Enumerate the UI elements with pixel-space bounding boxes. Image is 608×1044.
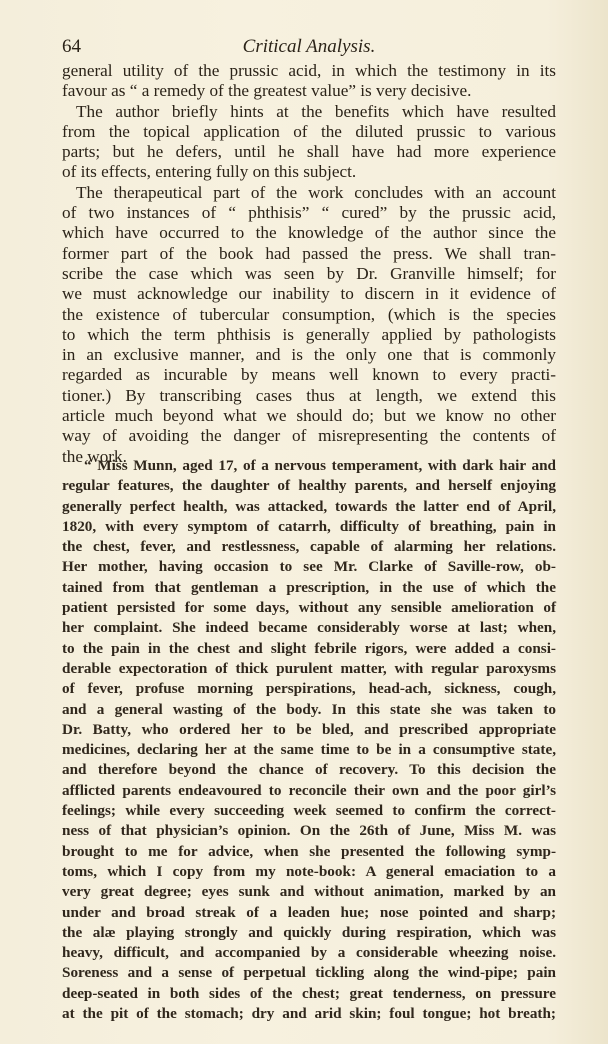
text-line: regular features, the daughter of health… [62,476,556,496]
case-quotation: “ Miss Munn, aged 17, of a nervous tempe… [62,456,556,1024]
text-line: feelings; while every succeeding week se… [62,801,556,821]
text-line: in an exclusive manner, and is the only … [62,345,556,365]
text-line: former part of the book had passed the p… [62,244,556,264]
text-line: Dr. Batty, who ordered her to be bled, a… [62,720,556,740]
text-line: very great degree; eyes sunk and without… [62,882,556,902]
text-line: medicines, declaring her at the same tim… [62,740,556,760]
text-line: Soreness and a sense of perpetual tickli… [62,963,556,983]
text-line: deep-seated in both sides of the chest; … [62,984,556,1004]
text-line: derable expectoration of thick purulent … [62,659,556,679]
text-line: tioner.) By transcribing cases thus at l… [62,386,556,406]
text-line: regarded as incurable by means well know… [62,365,556,385]
text-line: and therefore beyond the chance of recov… [62,760,556,780]
text-line: heavy, difficult, and accompanied by a c… [62,943,556,963]
text-line: of fever, profuse morning perspirations,… [62,679,556,699]
text-line: 1820, with every symptom of catarrh, dif… [62,517,556,537]
text-line: which have occurred to the knowledge of … [62,223,556,243]
text-line: her complaint. She indeed became conside… [62,618,556,638]
text-line: and a general wasting of the body. In th… [62,700,556,720]
text-line: “ Miss Munn, aged 17, of a nervous tempe… [62,456,556,476]
text-line: parts; but he defers, until he shall hav… [62,142,556,162]
running-title: Critical Analysis. [62,36,556,58]
text-line: under and broad streak of a leaden hue; … [62,903,556,923]
text-line: afflicted parents endeavoured to reconci… [62,781,556,801]
text-line: scribe the case which was seen by Dr. Gr… [62,264,556,284]
text-line: Her mother, having occasion to see Mr. C… [62,557,556,577]
text-line: we must acknowledge our inability to dis… [62,284,556,304]
text-line: generally perfect health, was attacked, … [62,497,556,517]
text-line: patient persisted for some days, without… [62,598,556,618]
review-text: general utility of the prussic acid, in … [62,61,556,467]
text-line: the alæ playing strongly and quickly dur… [62,923,556,943]
text-line: to which the term phthisis is generally … [62,325,556,345]
text-line: The author briefly hints at the benefits… [62,102,556,122]
text-line: tained from that gentleman a prescriptio… [62,578,556,598]
text-line: favour as “ a remedy of the greatest val… [62,81,556,101]
text-line: the existence of tubercular consumption,… [62,305,556,325]
text-line: at the pit of the stomach; dry and arid … [62,1004,556,1024]
text-line: general utility of the prussic acid, in … [62,61,556,81]
text-line: brought to me for advice, when she prese… [62,842,556,862]
page-header: 64 Critical Analysis. [62,36,556,62]
text-line: the chest, fever, and restlessness, capa… [62,537,556,557]
text-line: article much beyond what we should do; b… [62,406,556,426]
text-line: toms, which I copy from my note-book: A … [62,862,556,882]
text-line: to the pain in the chest and slight febr… [62,639,556,659]
text-line: ness of that physician’s opinion. On the… [62,821,556,841]
text-line: The therapeutical part of the work concl… [62,183,556,203]
text-line: of its effects, entering fully on this s… [62,162,556,182]
text-line: from the topical application of the dilu… [62,122,556,142]
text-line: of two instances of “ phthisis” “ cured”… [62,203,556,223]
text-line: way of avoiding the danger of misreprese… [62,426,556,446]
